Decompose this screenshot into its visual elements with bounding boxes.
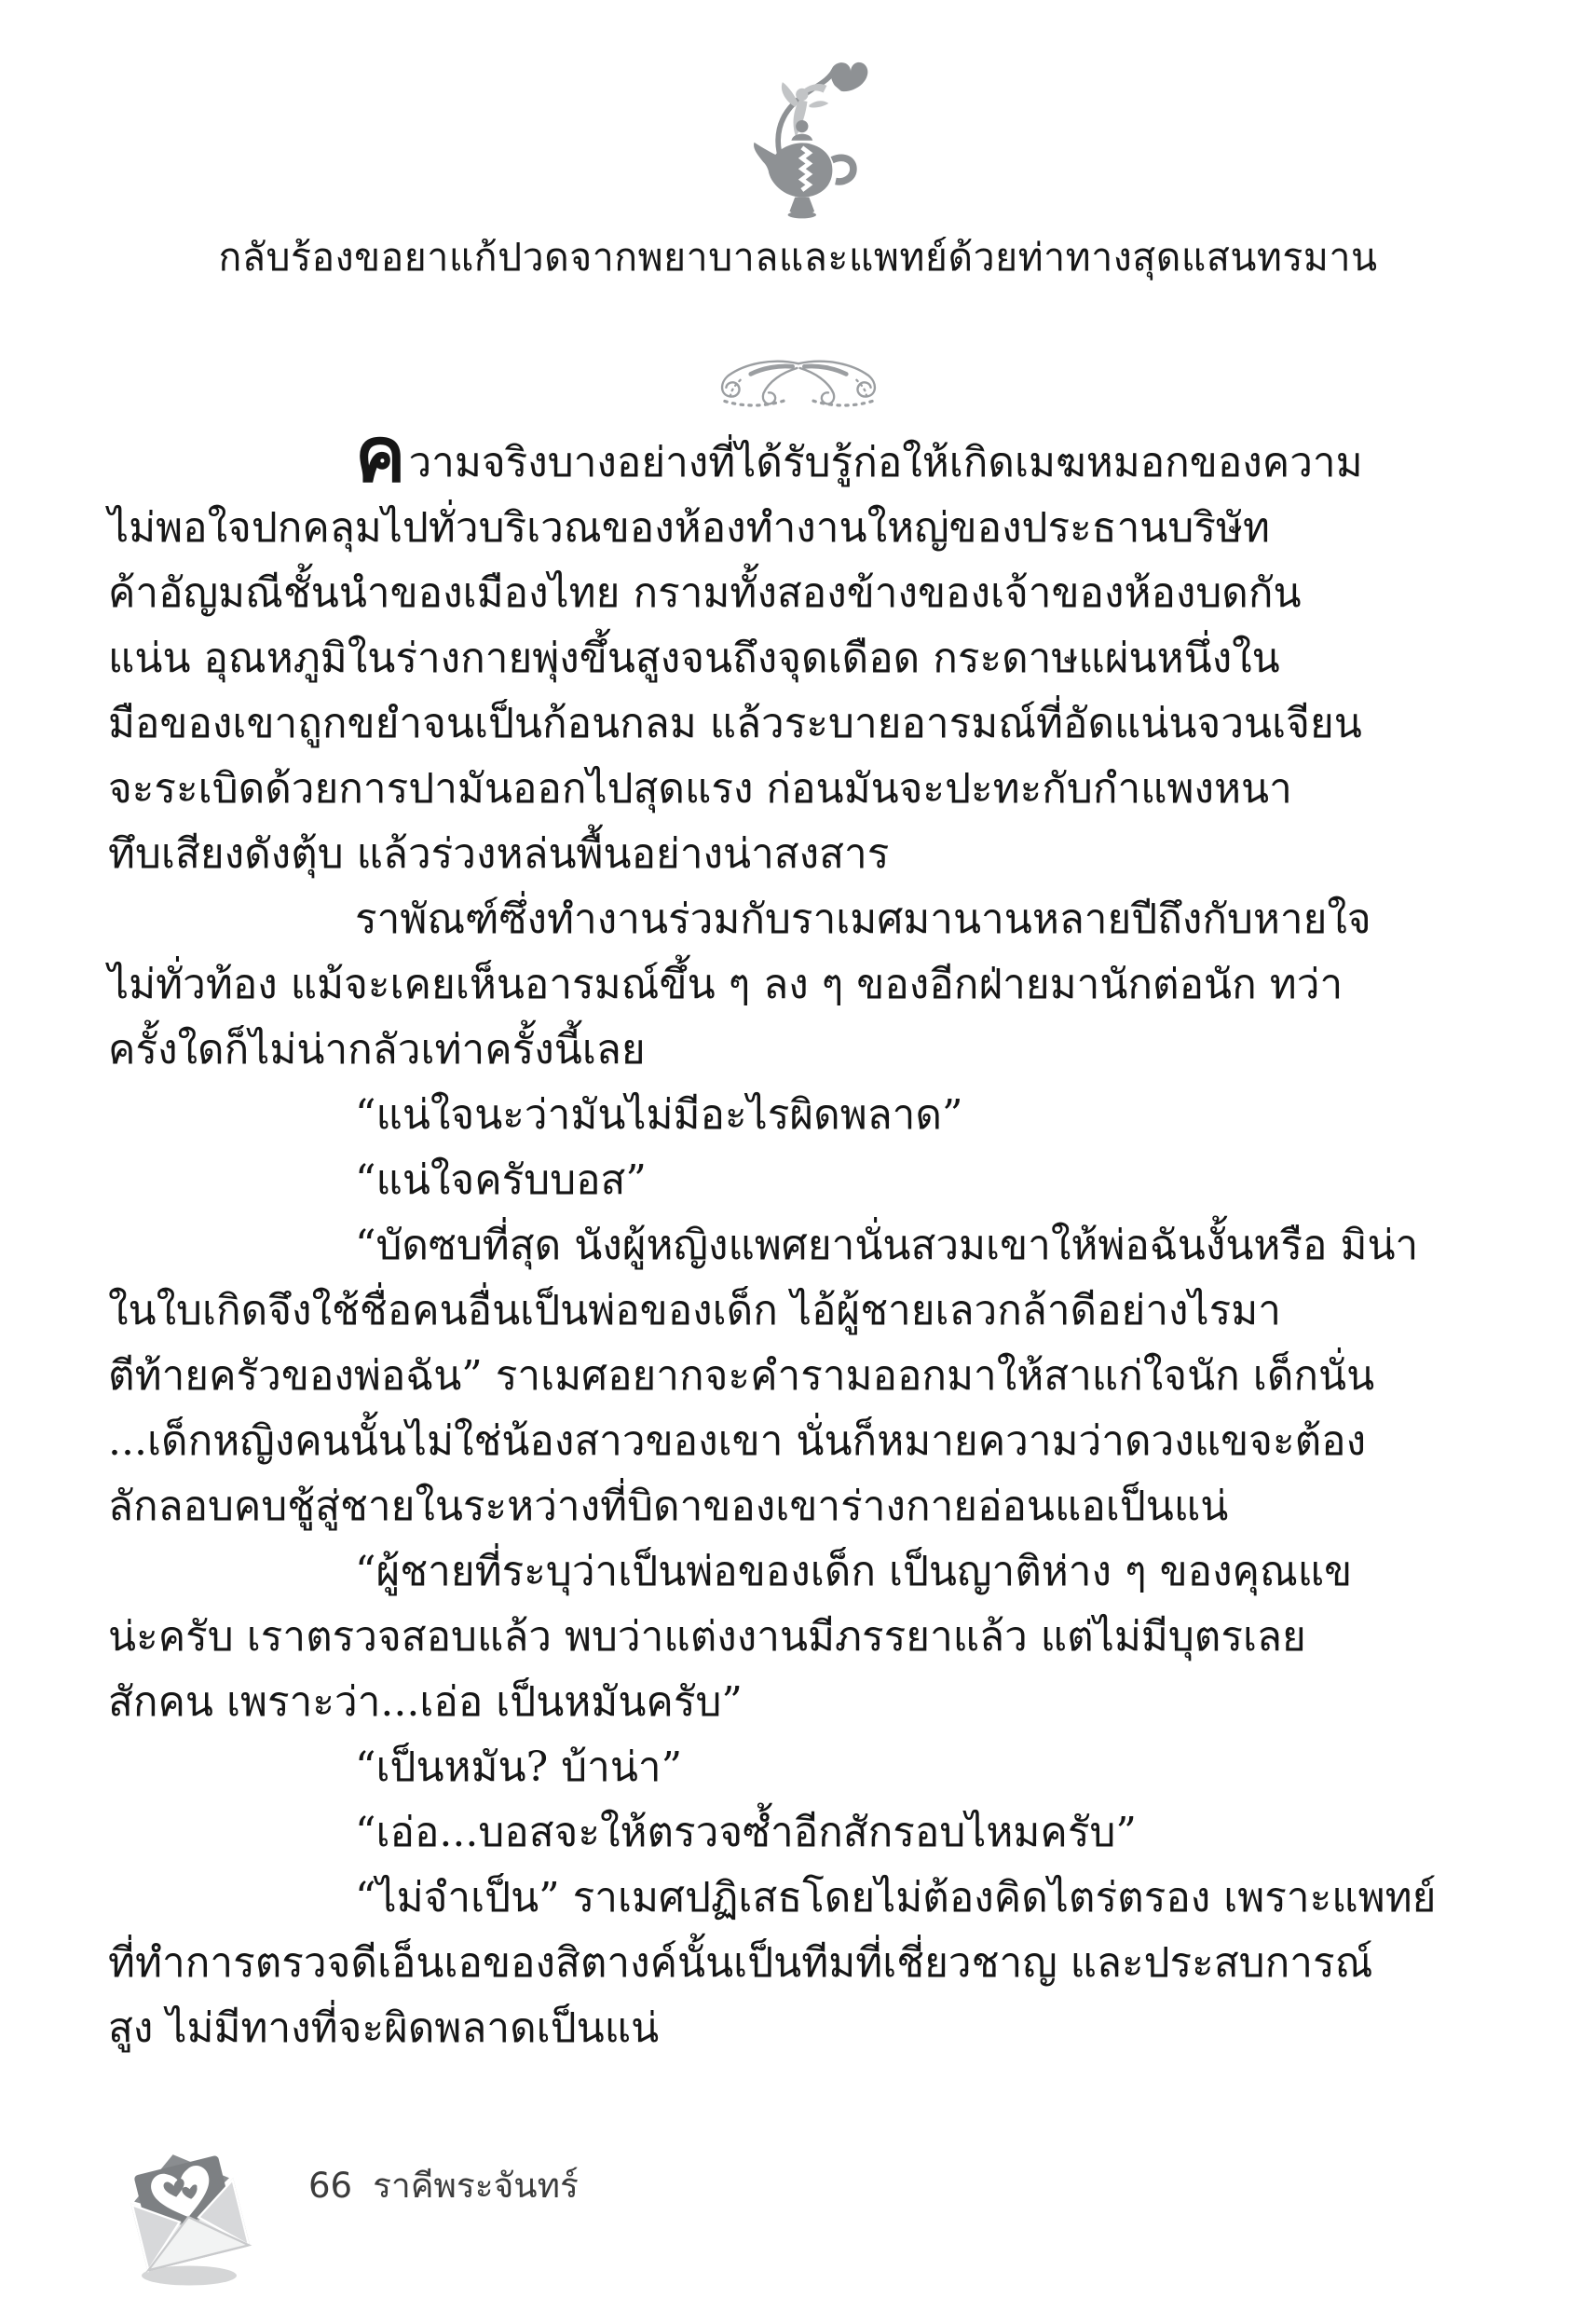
paragraph: “แน่ใจนะว่ามันไม่มีอะไรผิดพลาด” [108,1083,1492,1148]
text-line: แน่น อุณหภูมิในร่างกายพุ่งขึ้นสูงจนถึงจุ… [108,626,1492,691]
text-line: สักคน เพราะว่า...เอ่อ เป็นหมันครับ” [108,1670,1492,1735]
text-line: ความจริงบางอย่างที่ได้รับรู้ก่อให้เกิดเม… [108,431,1492,496]
text-line: ...เด็กหญิงคนนั้นไม่ใช่น้องสาวของเขา นั่… [108,1409,1492,1474]
text-line: ราพัณฑ์ซึ่งทำงานร่วมกับราเมศมานานหลายปีถ… [108,887,1492,952]
text-line: มือของเขาถูกขยำจนเป็นก้อนกลม แล้วระบายอา… [108,691,1492,757]
paragraph: ราพัณฑ์ซึ่งทำงานร่วมกับราเมศมานานหลายปีถ… [108,887,1492,1083]
text-line: “เอ่อ...บอสจะให้ตรวจซ้ำอีกสักรอบไหมครับ” [108,1800,1492,1866]
paragraph: “ผู้ชายที่ระบุว่าเป็นพ่อของเด็ก เป็นญาติ… [108,1539,1492,1735]
smoke-heart [830,62,867,91]
flourish-right [798,362,875,405]
text-line: สูง ไม่มีทางที่จะผิดพลาดเป็นแน่ [108,1996,1492,2061]
text-line: “บัดซบที่สุด นังผู้หญิงแพศยานั่นสวมเขาให… [108,1213,1492,1279]
text-line: “ผู้ชายที่ระบุว่าเป็นพ่อของเด็ก เป็นญาติ… [108,1539,1492,1605]
paragraph: “แน่ใจครับบอส” [108,1148,1492,1213]
text-line: “เป็นหมัน? บ้าน่า” [108,1735,1492,1800]
text-line: ครั้งใดก็ไม่น่ากลัวเท่าครั้งนี้เลย [108,1018,1492,1083]
paragraph: “เป็นหมัน? บ้าน่า” [108,1735,1492,1800]
divider-container [0,334,1596,417]
text-line: ตีท้ายครัวของพ่อฉัน” ราเมศอยากจะคำรามออก… [108,1344,1492,1409]
text-line: “ไม่จำเป็น” ราเมศปฏิเสธโดยไม่ต้องคิดไตร่… [108,1866,1492,1931]
text-line: ไม่ทั่วท้อง แม้จะเคยเห็นอารมณ์ขึ้น ๆ ลง … [108,952,1492,1018]
paragraph: “ไม่จำเป็น” ราเมศปฏิเสธโดยไม่ต้องคิดไตร่… [108,1866,1492,2061]
drop-cap: ค [355,411,405,499]
paragraph: ความจริงบางอย่างที่ได้รับรู้ก่อให้เกิดเม… [108,431,1492,887]
text-line: ที่ทำการตรวจดีเอ็นเอของสิตางค์นั้นเป็นที… [108,1931,1492,1996]
footer-text: 66ราคีพระจันทร์ [308,2158,579,2213]
text-line: ในใบเกิดจึงใช้ชื่อคนอื่นเป็นพ่อของเด็ก ไ… [108,1279,1492,1344]
book-title: ราคีพระจันทร์ [373,2166,579,2206]
paragraph: “บัดซบที่สุด นังผู้หญิงแพศยานั่นสวมเขาให… [108,1213,1492,1539]
text-line: “แน่ใจครับบอส” [108,1148,1492,1213]
lamp-body [754,120,853,218]
text-line: น่ะครับ เราตรวจสอบแล้ว พบว่าแต่งงานมีภรร… [108,1605,1492,1670]
text-line: ทึบเสียงดังตุ้บ แล้วร่วงหล่นพื้นอย่างน่า… [108,822,1492,887]
chapter-subtitle: กลับร้องขอยาแก้ปวดจากพยาบาลและแพทย์ด้วยท… [56,235,1540,280]
body-text: ความจริงบางอย่างที่ได้รับรู้ก่อให้เกิดเม… [108,431,1492,2061]
ornament-top-container [0,48,1596,226]
text-line: “แน่ใจนะว่ามันไม่มีอะไรผิดพลาด” [108,1083,1492,1148]
page-footer: 66ราคีพระจันทร์ [110,2132,579,2290]
page-number: 66 [308,2166,352,2206]
genie-lamp-icon [710,48,887,226]
text-line: ไม่พอใจปกคลุมไปทั่วบริเวณของห้องทำงานใหญ… [108,496,1492,561]
text-line: จะระเบิดด้วยการปามันออกไปสุดแรง ก่อนมันจ… [108,757,1492,822]
envelope-icon [110,2136,282,2290]
flourish-left [722,362,798,405]
text-line: ลักลอบคบชู้สู่ชายในระหว่างที่บิดาของเขาร… [108,1474,1492,1539]
paragraph: “เอ่อ...บอสจะให้ตรวจซ้ำอีกสักรอบไหมครับ” [108,1800,1492,1866]
text-line: ค้าอัญมณีชั้นนำของเมืองไทย กรามทั้งสองข้… [108,561,1492,626]
flourish-divider-icon [687,334,910,417]
